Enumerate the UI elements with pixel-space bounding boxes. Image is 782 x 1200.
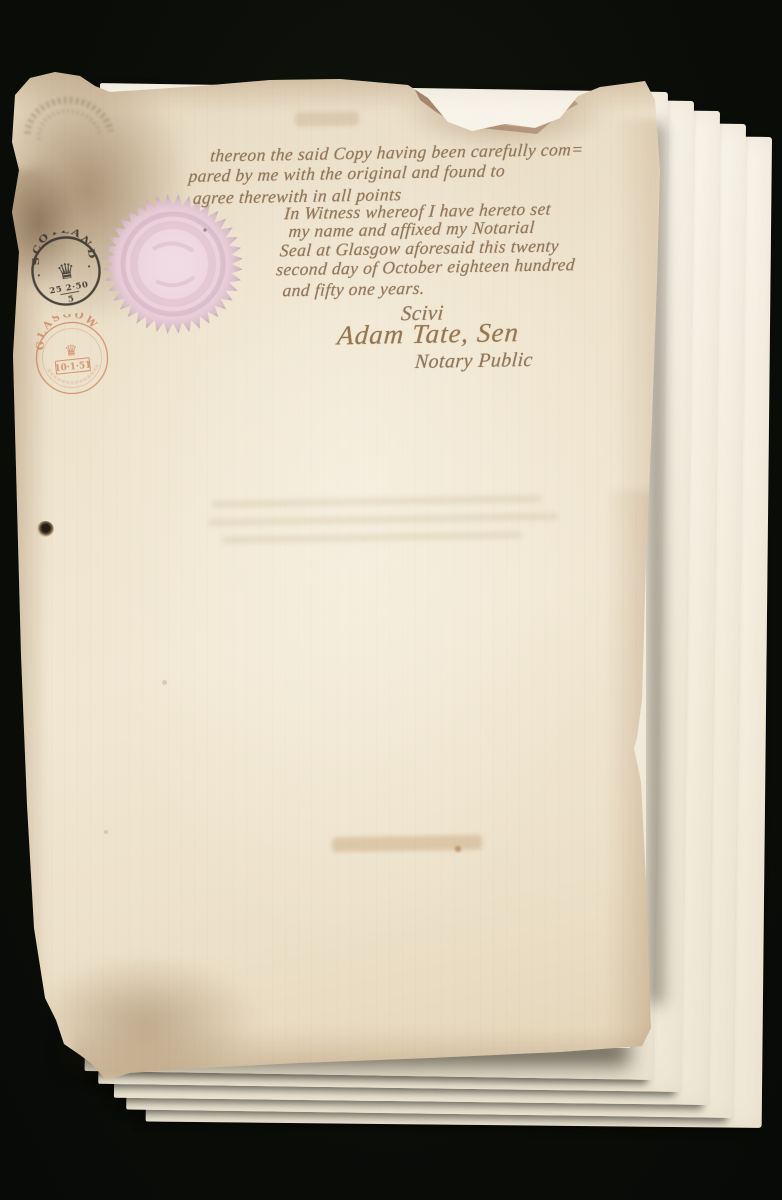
- scotland-revenue-stamp: SCOTLAND · · ♛ 25 2·50 5: [20, 225, 113, 318]
- notary-title: Notary Public: [414, 349, 534, 374]
- ink-bleedthrough: [208, 513, 558, 526]
- stamp-date: 10·1·51: [54, 360, 92, 374]
- paper-hole: [36, 521, 54, 537]
- document-page: SCOTLAND · · ♛ 25 2·50 5 GLASGOW ♛ 10·1·…: [12, 70, 664, 1082]
- ink-bleedthrough: [295, 111, 359, 126]
- ink-bleedthrough: [332, 835, 482, 853]
- ink-spot: [455, 846, 461, 852]
- handwriting-line: pared by me with the original and found …: [188, 160, 506, 187]
- stain: [162, 680, 167, 685]
- crown-icon: ♛: [55, 258, 78, 285]
- handwritten-text-block: thereon the said Copy having been carefu…: [182, 133, 688, 482]
- glasgow-date-stamp: GLASGOW ♛ 10·1·51: [24, 310, 121, 407]
- stain: [104, 830, 108, 834]
- handwriting-line: second day of October eighteen hundred: [276, 254, 576, 280]
- notary-signature: Adam Tate, Sen: [336, 317, 520, 351]
- stamp-dot: ·: [36, 269, 42, 282]
- stamp-denominator: 5: [67, 294, 75, 305]
- handwriting-line: and fifty one years.: [282, 278, 426, 302]
- ink-bleedthrough: [212, 495, 542, 508]
- crown-icon: ♛: [64, 343, 79, 360]
- stamp-dot: ·: [86, 260, 92, 273]
- ink-bleedthrough: [222, 531, 522, 543]
- photograph-of-document-stack: SCOTLAND · · ♛ 25 2·50 5 GLASGOW ♛ 10·1·…: [0, 0, 782, 1200]
